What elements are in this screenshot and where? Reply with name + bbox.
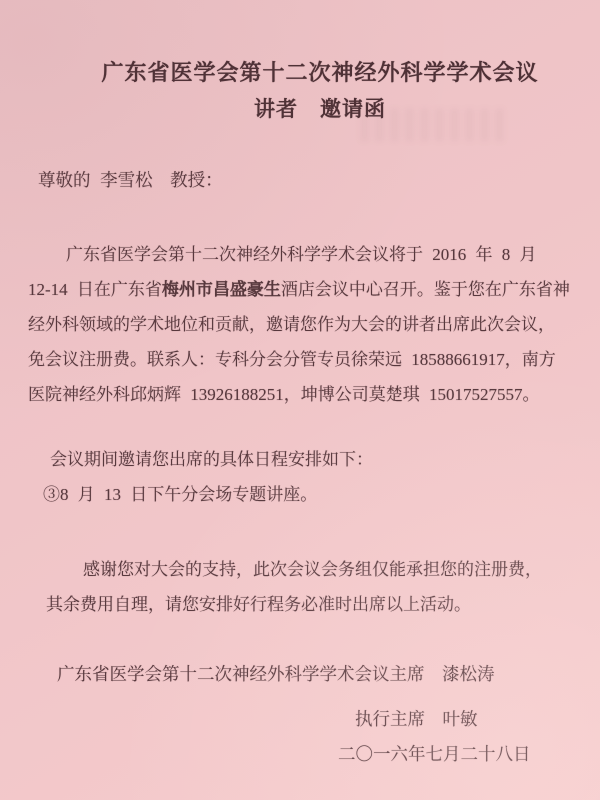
salutation-suffix: 教授：	[170, 170, 223, 190]
paragraph-line-contact-1: 免会议注册费。联系人：专科分会分管专员徐荣远 18588661917，南方	[28, 342, 600, 377]
executive-chair-line: 执行主席 叶敏	[355, 702, 600, 737]
schedule-item-line: ③8 月 13 日下午分会场专题讲座。	[43, 477, 600, 512]
salutation-line: 尊敬的李雪松教授：	[38, 163, 600, 198]
paragraph-line-contact-2: 医院神经外科邱炳辉 13926188251，坤博公司莫楚琪 1501752755…	[28, 377, 600, 412]
body-paragraph-invitation: 广东省医学会第十二次神经外科学学术会议将于 2016 年 8 月 12-14 日…	[28, 237, 600, 412]
invitation-letter-page: 广东省医学会第十二次神经外科学学术会议 讲者 邀请函 尊敬的李雪松教授： 广东省…	[0, 0, 600, 800]
chairman-signature-line: 广东省医学会第十二次神经外科学学术会议主席 漆松涛	[57, 657, 600, 692]
conference-title: 广东省医学会第十二次神经外科学学术会议	[40, 58, 600, 88]
schedule-intro-line: 会议期间邀请您出席的具体日程安排如下：	[50, 442, 600, 477]
venue-line-pre: 12-14 日在广东省	[28, 280, 162, 299]
closing-line: 其余费用自理，请您安排好行程务必准时出席以上活动。	[46, 587, 600, 622]
closing-paragraph: 感谢您对大会的支持，此次会议会务组仅能承担您的注册费， 其余费用自理，请您安排好…	[0, 552, 600, 622]
letter-header: 广东省医学会第十二次神经外科学学术会议 讲者 邀请函	[0, 58, 600, 124]
paragraph-line: 广东省医学会第十二次神经外科学学术会议将于 2016 年 8 月	[28, 237, 600, 272]
paragraph-line: 12-14 日在广东省梅州市昌盛豪生酒店会议中心召开。鉴于您在广东省神	[28, 272, 600, 307]
venue-name-bold: 梅州市昌盛豪生	[162, 280, 281, 299]
venue-line-post: 酒店会议中心召开。鉴于您在广东省神	[281, 280, 570, 299]
letter-subtitle: 讲者 邀请函	[40, 94, 600, 124]
paragraph-line: 经外科领域的学术地位和贡献，邀请您作为大会的讲者出席此次会议，	[28, 307, 600, 342]
letter-date-line: 二〇一六年七月二十八日	[338, 737, 600, 772]
salutation-prefix: 尊敬的	[38, 170, 91, 190]
recipient-name: 李雪松	[100, 170, 153, 190]
closing-line: 感谢您对大会的支持，此次会议会务组仅能承担您的注册费，	[83, 552, 600, 587]
